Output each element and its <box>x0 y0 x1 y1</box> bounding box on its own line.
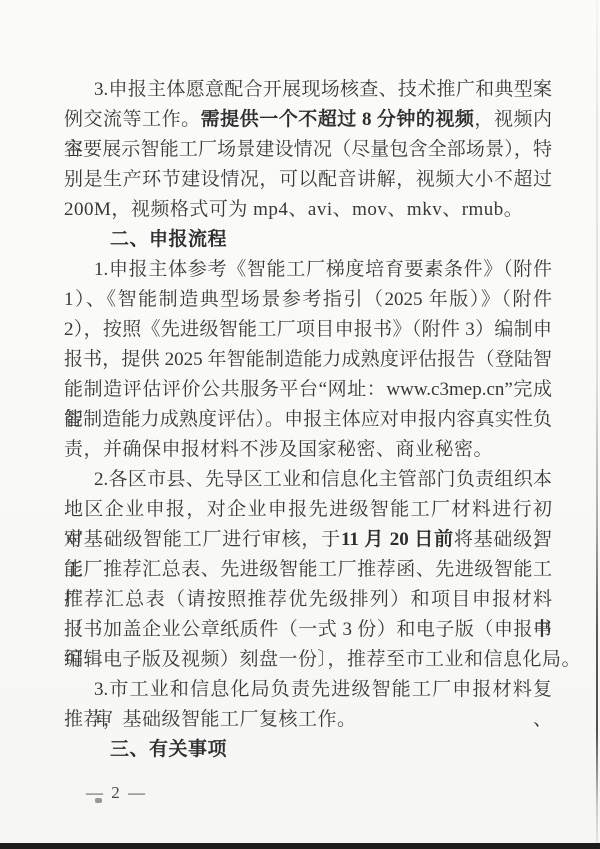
text-line: 报书加盖企业公章纸质件（一式 3 份）和电子版（申报书可 <box>64 615 552 645</box>
text-line: 工厂推荐汇总表、先进级智能工厂推荐函、先进级智能工厂 <box>64 555 552 585</box>
text-line: 推荐汇总表（请按照推荐优先级排列）和项目申报材料〔申 <box>64 585 552 615</box>
text-line: 3.市工业和信息化局负责先进级智能工厂申报材料复审、 <box>64 675 552 705</box>
text-line: 200M，视频格式可为 mp4、avi、mov、mkv、rmub。 <box>64 195 552 225</box>
text-segment: 能制造能力成熟度评估）。申报主体应对申报内容真实性负 <box>64 409 552 430</box>
document-body: 3.申报主体愿意配合开展现场核查、技术推广和典型案例交流等工作。需提供一个不超过… <box>64 75 552 765</box>
scan-edge-shadow <box>596 0 598 849</box>
bold-text-segment: 二、申报流程 <box>110 229 227 250</box>
text-line: 责，并确保申报材料不涉及国家秘密、商业秘密。 <box>64 435 552 465</box>
text-line: 报书，提供 2025 年智能制造能力成熟度评估报告（登陆智 <box>64 345 552 375</box>
text-line: 1.申报主体参考《智能工厂梯度培育要素条件》（附件 <box>64 255 552 285</box>
text-segment: 推荐，基础级智能工厂复核工作。 <box>64 709 357 730</box>
scan-smudge-mark <box>95 798 102 803</box>
text-line: 例交流等工作。需提供一个不超过 8 分钟的视频，视频内容 <box>64 105 552 135</box>
text-line: 1）、《智能制造典型场景参考指引（2025 年版）》（附件 <box>64 285 552 315</box>
text-line: 对基础级智能工厂进行审核，于11 月 20 日前将基础级智能 <box>64 525 552 555</box>
text-line: 2.各区市县、先导区工业和信息化主管部门负责组织本 <box>64 465 552 495</box>
text-line: 编辑电子版及视频）刻盘一份〕，推荐至市工业和信息化局。 <box>64 645 552 675</box>
text-line: 主要展示智能工厂场景建设情况（尽量包含全部场景），特 <box>64 135 552 165</box>
text-segment: 3.申报主体愿意配合开展现场核查、技术推广和典型案 <box>94 79 552 100</box>
text-line: 3.申报主体愿意配合开展现场核查、技术推广和典型案 <box>64 75 552 105</box>
text-segment: 1）、《智能制造典型场景参考指引（2025 年版）》（附件 <box>64 289 552 310</box>
text-segment: 主要展示智能工厂场景建设情况（尽量包含全部场景），特 <box>64 139 552 160</box>
section-heading: 三、有关事项 <box>64 735 552 765</box>
text-line: 2），按照《先进级智能工厂项目申报书》（附件 3）编制申 <box>64 315 552 345</box>
text-segment: 对基础级智能工厂进行审核，于 <box>64 529 341 550</box>
text-line: 能制造评估评价公共服务平台“网址：www.c3mep.cn”完成智 <box>64 375 552 405</box>
text-segment: 责，并确保申报材料不涉及国家秘密、商业秘密。 <box>64 439 493 460</box>
text-line: 地区企业申报，对企业申报先进级智能工厂材料进行初审， <box>64 495 552 525</box>
scan-bottom-edge <box>0 843 600 849</box>
text-segment: 2.各区市县、先导区工业和信息化主管部门负责组织本 <box>94 469 552 490</box>
text-segment: 200M，视频格式可为 mp4、avi、mov、mkv、rmub。 <box>64 199 523 220</box>
scanned-page: 3.申报主体愿意配合开展现场核查、技术推广和典型案例交流等工作。需提供一个不超过… <box>0 0 600 849</box>
text-segment: 编辑电子版及视频）刻盘一份〕，推荐至市工业和信息化局。 <box>64 649 581 670</box>
bold-text-segment: 11 月 20 日前 <box>341 529 454 550</box>
bold-text-segment: 三、有关事项 <box>110 739 227 760</box>
text-segment: 1.申报主体参考《智能工厂梯度培育要素条件》（附件 <box>94 259 552 280</box>
text-line: 别是生产环节建设情况，可以配音讲解，视频大小不超过 <box>64 165 552 195</box>
bold-text-segment: 需提供一个不超过 8 分钟的视频 <box>201 109 475 130</box>
section-heading: 二、申报流程 <box>64 225 552 255</box>
text-segment: 别是生产环节建设情况，可以配音讲解，视频大小不超过 <box>64 169 552 190</box>
text-segment: 2），按照《先进级智能工厂项目申报书》（附件 3）编制申 <box>64 319 552 340</box>
text-segment: 例交流等工作。 <box>64 109 201 130</box>
text-segment: 报书，提供 2025 年智能制造能力成熟度评估报告（登陆智 <box>64 349 552 370</box>
text-line: 能制造能力成熟度评估）。申报主体应对申报内容真实性负 <box>64 405 552 435</box>
